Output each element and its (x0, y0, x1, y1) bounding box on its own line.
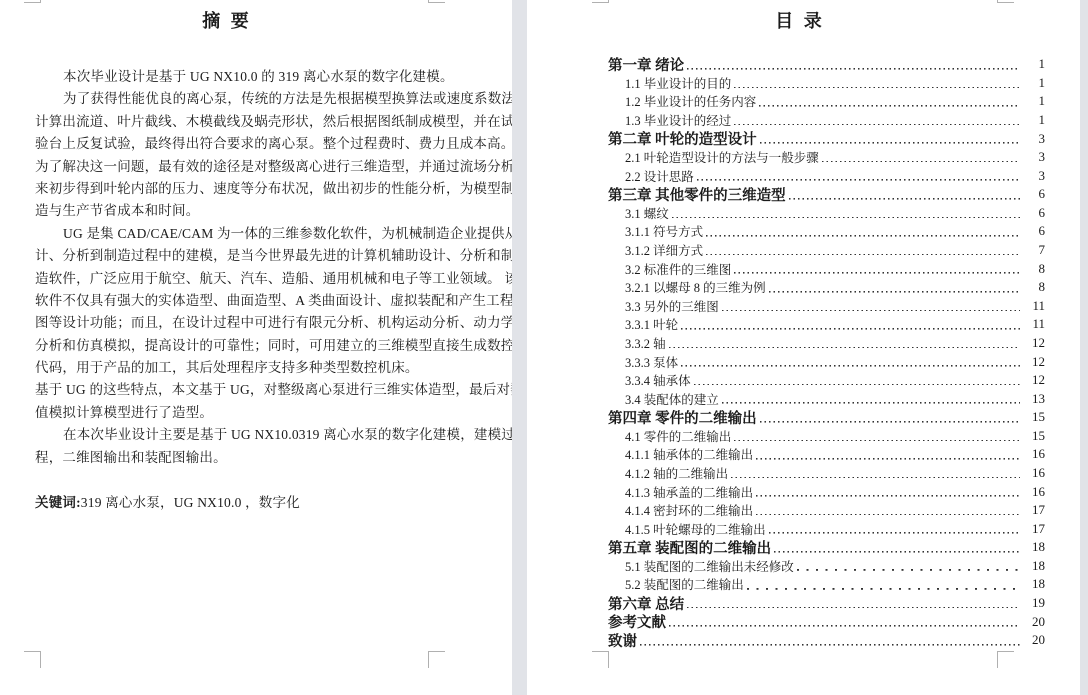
text-boundary-mark (428, 0, 445, 3)
toc-dot-leader (687, 68, 1020, 70)
toc-page-number: 16 (1023, 446, 1045, 462)
toc-entry[interactable]: 3.4 装配体的建立13 (608, 389, 1045, 408)
toc-dot-leader (822, 160, 1020, 162)
toc-page-number: 1 (1023, 112, 1045, 128)
abstract-line: 程，二维图输出和装配图输出。 (35, 447, 499, 469)
toc-entry-label: 4.1.1 轴承体的二维输出 (625, 445, 753, 463)
toc-entry-label: 第三章 其他零件的三维造型 (608, 184, 786, 205)
toc-page-number: 18 (1023, 539, 1045, 555)
toc-dot-leader (760, 421, 1020, 423)
toc-page-number: 1 (1023, 93, 1045, 109)
toc-entry[interactable]: 4.1.1 轴承体的二维输出16 (608, 445, 1045, 464)
toc-entry-label: 第一章 绪论 (608, 54, 684, 75)
toc-page-number: 7 (1023, 242, 1045, 258)
toc-entry-label: 1.1 毕业设计的目的 (625, 74, 731, 92)
toc-page-number: 12 (1023, 372, 1045, 388)
toc-dot-leader (747, 588, 1020, 590)
abstract-line: 代码，用于产品的加工，其后处理程序支持多种类型数控机床。 (35, 357, 499, 379)
toc-page-number: 1 (1023, 56, 1045, 72)
toc-entry-label: 3.3 另外的三维图 (625, 297, 719, 315)
abstract-line: 造与生产节省成本和时间。 (35, 200, 499, 222)
toc-entry-label: 第二章 叶轮的造型设计 (608, 128, 757, 149)
abstract-line: 来初步得到叶轮内部的压力、速度等分布状况，做出初步的性能分析，为模型制 (35, 178, 499, 200)
toc-dot-leader (756, 513, 1020, 515)
toc-entry[interactable]: 3.1.1 符号方式6 (608, 222, 1045, 241)
toc-entry-label: 第五章 装配图的二维输出 (608, 537, 771, 558)
toc-dot-leader (681, 328, 1020, 330)
toc-entry[interactable]: 3.3 另外的三维图11 (608, 297, 1045, 316)
toc-entry[interactable]: 3.1 螺纹6 (608, 204, 1045, 223)
toc-dot-leader (706, 235, 1020, 237)
toc-page-number: 18 (1023, 576, 1045, 592)
toc-page-number: 8 (1023, 279, 1045, 295)
toc-entry[interactable]: 1.2 毕业设计的任务内容1 (608, 92, 1045, 111)
toc-dot-leader (734, 439, 1020, 441)
toc-entry[interactable]: 4.1 零件的二维输出15 (608, 427, 1045, 446)
toc-dot-leader (697, 179, 1020, 181)
document-view: 摘 要 本次毕业设计是基于 UG NX10.0 的 319 离心水泵的数字化建模… (0, 0, 1088, 695)
toc-page-number: 13 (1023, 391, 1045, 407)
toc-entry-label: 4.1 零件的二维输出 (625, 427, 731, 445)
toc-dot-leader (694, 383, 1020, 385)
toc-dot-leader (756, 495, 1020, 497)
toc-page-number: 20 (1023, 632, 1045, 648)
toc-dot-leader (722, 402, 1020, 404)
abstract-line: 分析和仿真模拟，提高设计的可靠性；同时，可用建立的三维模型直接生成数控 (35, 335, 499, 357)
toc-entry-label: 4.1.3 轴承盖的二维输出 (625, 483, 753, 501)
toc-entry-label: 第四章 零件的二维输出 (608, 407, 757, 428)
abstract-line: 本次毕业设计是基于 UG NX10.0 的 319 离心水泵的数字化建模。 (35, 66, 499, 88)
toc-entry[interactable]: 5.1 装配图的二维输出未经修改18 (608, 557, 1045, 576)
toc-entry[interactable]: 3.3.2 轴12 (608, 334, 1045, 353)
toc-entry[interactable]: 4.1.5 叶轮螺母的二维输出17 (608, 519, 1045, 538)
abstract-line: 计算出流道、叶片截线、木模截线及蜗壳形状，然后根据图纸制成模型，并在试 (35, 111, 499, 133)
abstract-line: 计、分析到制造过程中的建模，是当今世界最先进的计算机辅助设计、分析和制 (35, 245, 499, 267)
toc-entry-label: 3.1.2 详细方式 (625, 241, 703, 259)
toc-page-number: 6 (1023, 186, 1045, 202)
toc-entry-label: 5.1 装配图的二维输出未经修改 (625, 557, 794, 575)
toc-page-number: 3 (1023, 149, 1045, 165)
toc-dot-leader (669, 346, 1020, 348)
toc-dot-leader (756, 458, 1020, 460)
toc-entry[interactable]: 4.1.2 轴的二维输出16 (608, 464, 1045, 483)
abstract-title: 摘 要 (0, 7, 454, 33)
toc-entry[interactable]: 第五章 装配图的二维输出18 (608, 538, 1045, 557)
toc-page-number: 3 (1023, 131, 1045, 147)
toc-dot-leader (734, 272, 1020, 274)
toc-entry-label: 3.1 螺纹 (625, 204, 669, 222)
text-boundary-mark (592, 651, 609, 668)
toc-entry-label: 1.2 毕业设计的任务内容 (625, 92, 756, 110)
toc-entry-label: 4.1.4 密封环的二维输出 (625, 501, 753, 519)
abstract-page[interactable]: 摘 要 本次毕业设计是基于 UG NX10.0 的 319 离心水泵的数字化建模… (0, 0, 512, 695)
toc-dot-leader (760, 142, 1020, 144)
abstract-line: 图等设计功能；而且，在设计过程中可进行有限元分析、机构运动分析、动力学 (35, 312, 499, 334)
text-boundary-mark (24, 0, 41, 3)
text-boundary-mark (997, 0, 1014, 3)
toc-entry-label: 2.1 叶轮造型设计的方法与一般步骤 (625, 148, 819, 166)
toc-entry[interactable]: 3.2.1 以螺母 8 的三维为例8 (608, 278, 1045, 297)
toc-entry-label: 3.3.4 轴承体 (625, 371, 691, 389)
toc-page-number: 3 (1023, 168, 1045, 184)
toc-entry-label: 2.2 设计思路 (625, 167, 694, 185)
toc-entry-label: 5.2 装配图的二维输出 (625, 575, 744, 593)
abstract-line: 基于 UG 的这些特点，本文基于 UG，对整级离心泵进行三维实体造型，最后对数 (35, 379, 499, 401)
toc-title: 目 录 (527, 7, 1073, 33)
toc-entry[interactable]: 5.2 装配图的二维输出18 (608, 575, 1045, 594)
text-boundary-mark (24, 651, 41, 668)
toc-page-number: 6 (1023, 223, 1045, 239)
abstract-line: UG 是集 CAD/CAE/CAM 为一体的三维参数化软件，为机械制造企业提供从… (35, 223, 499, 245)
abstract-line: 验台上反复试验，最终得出符合要求的离心泵。整个过程费时、费力且成本高。 (35, 133, 499, 155)
abstract-line: 为了获得性能优良的离心泵，传统的方法是先根据模型换算法或速度系数法 (35, 88, 499, 110)
toc-page[interactable]: 目 录 第一章 绪论11.1 毕业设计的目的11.2 毕业设计的任务内容11.3… (527, 0, 1080, 695)
toc-entry[interactable]: 参考文献20 (608, 612, 1045, 631)
toc-entry[interactable]: 第一章 绪论1 (608, 55, 1045, 74)
toc-entry[interactable]: 3.3.1 叶轮11 (608, 315, 1045, 334)
toc-entry[interactable]: 1.3 毕业设计的经过1 (608, 111, 1045, 130)
keywords-text: 319 离心水泵，UG NX10.0 ，数字化 (81, 495, 300, 510)
toc-entry[interactable]: 3.2 标准件的三维图8 (608, 259, 1045, 278)
toc-page-number: 17 (1023, 521, 1045, 537)
toc-entry-label: 4.1.5 叶轮螺母的二维输出 (625, 520, 766, 538)
toc-entry[interactable]: 第三章 其他零件的三维造型6 (608, 185, 1045, 204)
text-boundary-mark (592, 0, 609, 3)
toc-dot-leader (759, 105, 1020, 107)
toc-dot-leader (687, 606, 1020, 608)
toc-entry[interactable]: 3.1.2 详细方式7 (608, 241, 1045, 260)
toc-entry[interactable]: 第四章 零件的二维输出15 (608, 408, 1045, 427)
toc-page-number: 1 (1023, 75, 1045, 91)
toc-dot-leader (706, 253, 1020, 255)
toc-page-number: 11 (1023, 316, 1045, 332)
abstract-line: 值模拟计算模型进行了造型。 (35, 402, 499, 424)
toc-entry[interactable]: 3.3.4 轴承体12 (608, 371, 1045, 390)
toc-entry-label: 3.3.1 叶轮 (625, 315, 678, 333)
toc-entry-label: 4.1.2 轴的二维输出 (625, 464, 728, 482)
toc-entry-label: 3.4 装配体的建立 (625, 390, 719, 408)
toc-page-number: 16 (1023, 484, 1045, 500)
toc-list: 第一章 绪论11.1 毕业设计的目的11.2 毕业设计的任务内容11.3 毕业设… (608, 55, 1045, 650)
toc-entry[interactable]: 3.3.3 泵体12 (608, 352, 1045, 371)
toc-dot-leader (722, 309, 1020, 311)
toc-entry-label: 3.2.1 以螺母 8 的三维为例 (625, 278, 766, 296)
toc-dot-leader (731, 476, 1020, 478)
toc-dot-leader (769, 291, 1020, 293)
toc-entry[interactable]: 4.1.3 轴承盖的二维输出16 (608, 482, 1045, 501)
toc-dot-leader (672, 216, 1020, 218)
toc-page-number: 19 (1023, 595, 1045, 611)
toc-entry[interactable]: 2.2 设计思路3 (608, 166, 1045, 185)
toc-page-number: 15 (1023, 409, 1045, 425)
toc-dot-leader (734, 123, 1020, 125)
toc-page-number: 8 (1023, 261, 1045, 277)
toc-dot-leader (681, 365, 1020, 367)
toc-entry-label: 3.3.2 轴 (625, 334, 666, 352)
toc-page-number: 15 (1023, 428, 1045, 444)
abstract-body: 本次毕业设计是基于 UG NX10.0 的 319 离心水泵的数字化建模。为了获… (35, 66, 499, 469)
toc-page-number: 11 (1023, 298, 1045, 314)
toc-entry-label: 致谢 (608, 630, 637, 651)
toc-page-number: 20 (1023, 614, 1045, 630)
toc-entry-label: 3.1.1 符号方式 (625, 222, 703, 240)
toc-entry[interactable]: 4.1.4 密封环的二维输出17 (608, 501, 1045, 520)
toc-entry-label: 1.3 毕业设计的经过 (625, 111, 731, 129)
toc-page-number: 16 (1023, 465, 1045, 481)
toc-page-number: 17 (1023, 502, 1045, 518)
toc-dot-leader (774, 551, 1020, 553)
keywords-label: 关键词: (35, 495, 81, 510)
toc-dot-leader (789, 198, 1020, 200)
toc-dot-leader (734, 86, 1020, 88)
toc-entry[interactable]: 第二章 叶轮的造型设计3 (608, 129, 1045, 148)
text-boundary-mark (428, 651, 445, 668)
toc-entry[interactable]: 致谢20 (608, 631, 1045, 650)
toc-entry[interactable]: 第六章 总结19 (608, 594, 1045, 613)
toc-entry-label: 3.3.3 泵体 (625, 353, 678, 371)
toc-dot-leader (769, 532, 1020, 534)
abstract-line: 造软件，广泛应用于航空、航天、汽车、造船、通用机械和电子等工业领域。 该 (35, 268, 499, 290)
toc-entry[interactable]: 2.1 叶轮造型设计的方法与一般步骤3 (608, 148, 1045, 167)
toc-page-number: 12 (1023, 335, 1045, 351)
toc-dot-leader (797, 569, 1020, 571)
toc-dot-leader (669, 625, 1020, 627)
toc-entry-label: 3.2 标准件的三维图 (625, 260, 731, 278)
toc-entry[interactable]: 1.1 毕业设计的目的1 (608, 74, 1045, 93)
abstract-line: 在本次毕业设计主要是基于 UG NX10.0319 离心水泵的数字化建模，建模过 (35, 424, 499, 446)
text-boundary-mark (997, 651, 1014, 668)
toc-page-number: 18 (1023, 558, 1045, 574)
abstract-line: 为了解决这一问题，最有效的途径是对整级离心进行三维造型，并通过流场分析 (35, 156, 499, 178)
abstract-line: 软件不仅具有强大的实体造型、曲面造型、A 类曲面设计、虚拟装配和产生工程 (35, 290, 499, 312)
toc-dot-leader (640, 644, 1020, 646)
toc-page-number: 6 (1023, 205, 1045, 221)
toc-page-number: 12 (1023, 354, 1045, 370)
keywords-line: 关键词:319 离心水泵，UG NX10.0 ，数字化 (35, 491, 300, 511)
